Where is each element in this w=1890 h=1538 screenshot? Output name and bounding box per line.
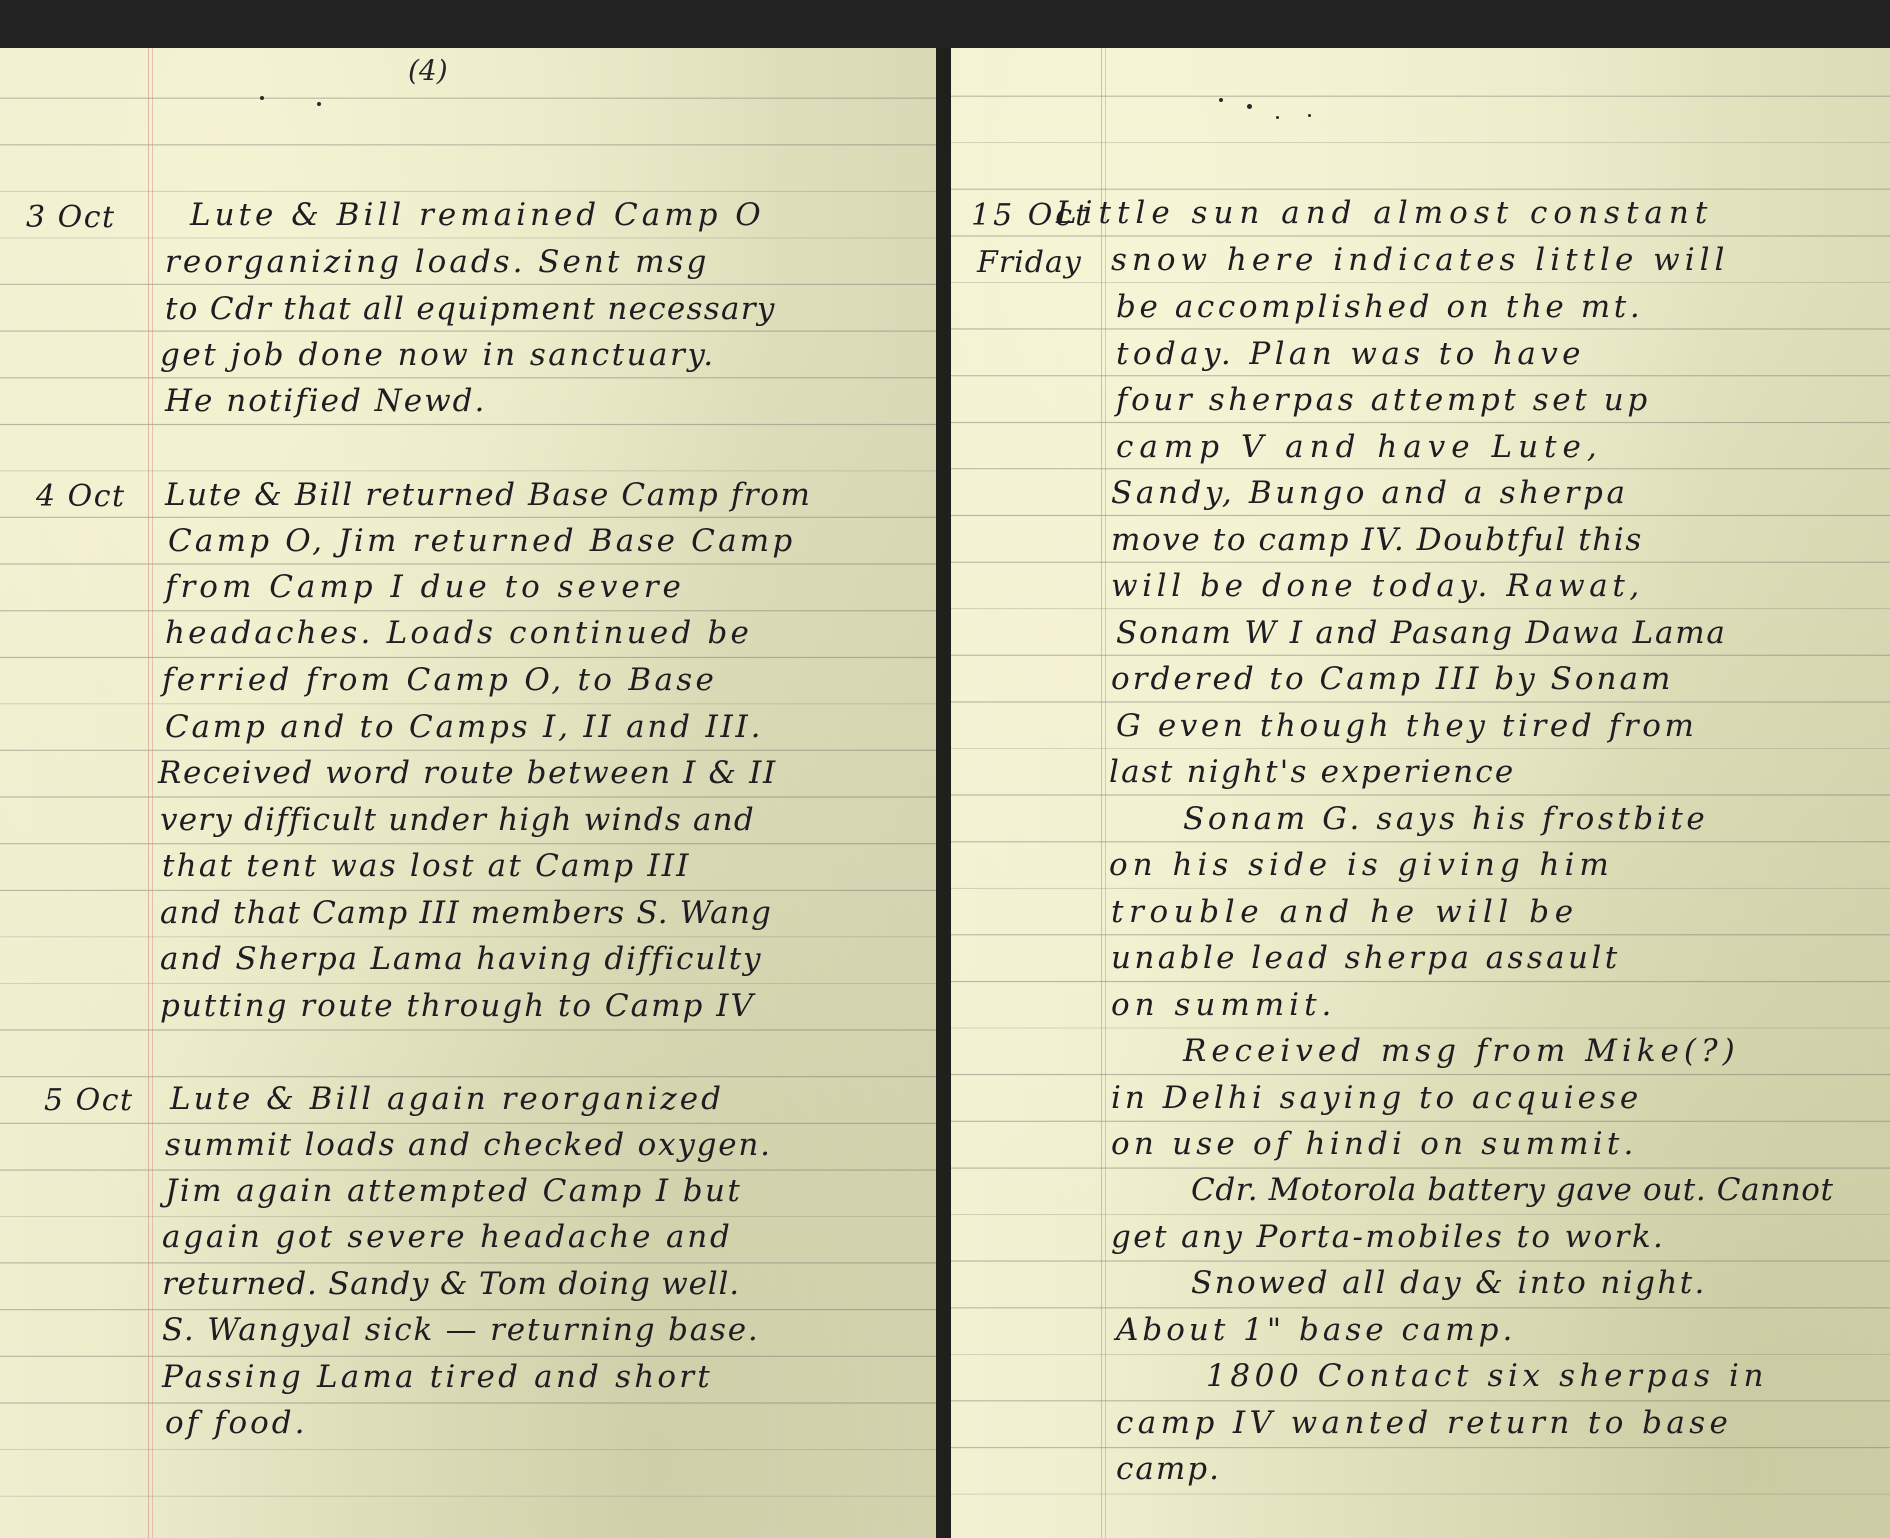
ink-dot	[260, 96, 264, 100]
ink-dot	[1308, 114, 1311, 117]
ink-dot	[1247, 104, 1252, 109]
log-line: on summit.	[1111, 990, 1336, 1021]
log-line: summit loads and checked oxygen.	[165, 1130, 772, 1161]
log-line: Cdr. Motorola battery gave out. Cannot	[1191, 1175, 1834, 1206]
log-line: Camp O, Jim returned Base Camp	[168, 526, 795, 557]
log-line: on his side is giving him	[1109, 850, 1614, 881]
log-line: Snowed all day & into night.	[1191, 1268, 1707, 1299]
log-line: About 1" base camp.	[1116, 1315, 1516, 1346]
log-line: in Delhi saying to acquiese	[1111, 1083, 1642, 1114]
log-line: get any Porta-mobiles to work.	[1111, 1222, 1665, 1253]
log-line: last night's experience	[1109, 757, 1515, 788]
log-line: ordered to Camp III by Sonam	[1111, 664, 1673, 695]
log-line: of food.	[165, 1408, 308, 1439]
log-line: reorganizing loads. Sent msg	[165, 247, 709, 278]
log-line: 1800 Contact six sherpas in	[1206, 1361, 1768, 1392]
log-line: today. Plan was to have	[1116, 339, 1585, 370]
log-line: camp V and have Lute,	[1116, 432, 1603, 463]
log-line: get job done now in sanctuary.	[160, 340, 716, 371]
log-line: from Camp I due to severe	[165, 572, 685, 603]
log-line: move to camp IV. Doubtful this	[1111, 525, 1643, 556]
log-line: Sonam W I and Pasang Dawa Lama	[1116, 618, 1727, 649]
log-line: ferried from Camp O, to Base	[162, 665, 717, 696]
top-dark-bar	[0, 0, 1890, 48]
ink-dot	[1276, 116, 1279, 119]
log-line: on use of hindi on summit.	[1111, 1129, 1638, 1160]
log-line: Lute & Bill again reorganized	[170, 1084, 724, 1115]
left-notebook-page: (4) 3 Oct Lute & Bill remained Camp O re…	[0, 48, 936, 1538]
entry-weekday: Friday	[977, 248, 1082, 278]
log-line: returned. Sandy & Tom doing well.	[162, 1269, 740, 1300]
log-line: Sandy, Bungo and a sherpa	[1111, 478, 1629, 509]
right-notebook-page: 15 Oct Friday Little sun and almost cons…	[951, 48, 1890, 1538]
log-line: camp.	[1116, 1454, 1221, 1485]
log-line: snow here indicates little will	[1111, 245, 1729, 276]
log-line: again got severe headache and	[162, 1222, 733, 1253]
log-line: Jim again attempted Camp I but	[165, 1176, 742, 1207]
log-line: Lute & Bill returned Base Camp from	[165, 480, 811, 511]
log-line: Passing Lama tired and short	[162, 1362, 713, 1393]
log-line: to Cdr that all equipment necessary	[165, 294, 776, 325]
log-line: camp IV wanted return to base	[1116, 1408, 1732, 1439]
log-line: that tent was lost at Camp III	[162, 851, 691, 882]
ink-dot	[1219, 98, 1223, 102]
entry-date: 5 Oct	[44, 1086, 134, 1116]
log-line: Little sun and almost constant	[1056, 198, 1713, 229]
log-line: be accomplished on the mt.	[1116, 292, 1643, 323]
log-line: G even though they tired from	[1116, 711, 1697, 742]
log-line: headaches. Loads continued be	[165, 618, 752, 649]
log-line: and Sherpa Lama having difficulty	[160, 944, 762, 975]
log-line: very difficult under high winds and	[160, 805, 755, 836]
entry-date: 4 Oct	[36, 482, 126, 512]
log-line: Received word route between I & II	[158, 758, 777, 789]
log-line: will be done today. Rawat,	[1111, 571, 1644, 602]
log-line: Lute & Bill remained Camp O	[190, 200, 765, 231]
log-line: putting route through to Camp IV	[160, 991, 755, 1022]
log-line: Sonam G. says his frostbite	[1183, 804, 1708, 835]
log-line: S. Wangyal sick — returning base.	[162, 1315, 760, 1346]
page-gutter	[936, 48, 951, 1538]
log-line: unable lead sherpa assault	[1111, 943, 1621, 974]
page-number: (4)	[408, 54, 448, 87]
log-line: trouble and he will be	[1111, 897, 1579, 928]
ink-dot	[317, 102, 321, 106]
entry-date: 3 Oct	[26, 203, 116, 233]
log-line: and that Camp III members S. Wang	[160, 898, 772, 929]
log-line: Received msg from Mike(?)	[1183, 1036, 1740, 1067]
log-line: Camp and to Camps I, II and III.	[165, 712, 763, 743]
log-line: He notified Newd.	[165, 386, 486, 417]
margin-rule	[148, 48, 153, 1538]
margin-rule	[1101, 48, 1106, 1538]
log-line: four sherpas attempt set up	[1116, 385, 1651, 416]
